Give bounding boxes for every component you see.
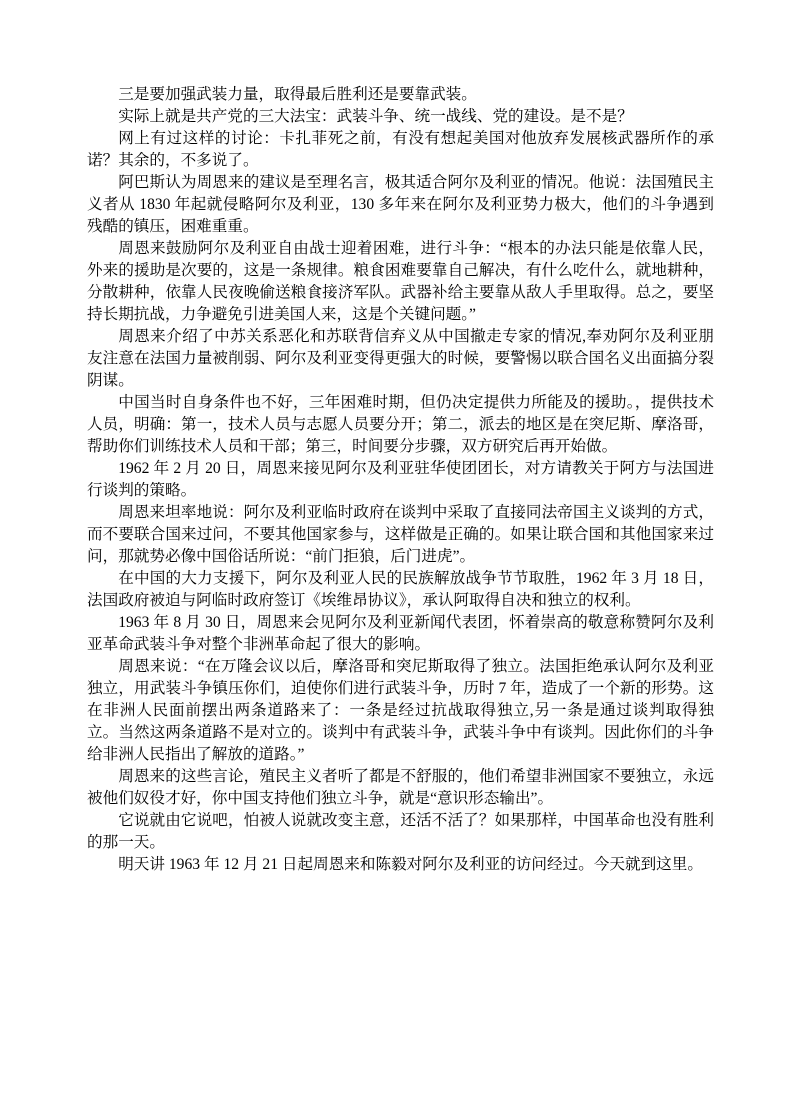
paragraph: 在中国的大力支援下，阿尔及利亚人民的民族解放战争节节取胜，1962 年 3 月 … [87,568,714,612]
paragraph: 周恩来坦率地说：阿尔及利亚临时政府在谈判中采取了直接同法帝国主义谈判的方式，而不… [87,502,714,568]
paragraph: 明天讲 1963 年 12 月 21 日起周恩来和陈毅对阿尔及利亚的访问经过。今… [87,854,714,876]
paragraph: 实际上就是共产党的三大法宝：武装斗争、统一战线、党的建设。是不是？ [87,106,714,128]
document-page: 三是要加强武装力量，取得最后胜利还是要靠武装。实际上就是共产党的三大法宝：武装斗… [0,0,800,1100]
paragraph: 1962 年 2 月 20 日，周恩来接见阿尔及利亚驻华使团团长，对方请教关于阿… [87,458,714,502]
paragraph: 中国当时自身条件也不好，三年困难时期，但仍决定提供力所能及的援助。，提供技术人员… [87,392,714,458]
paragraph: 三是要加强武装力量，取得最后胜利还是要靠武装。 [87,84,714,106]
paragraph: 周恩来鼓励阿尔及利亚自由战士迎着困难，进行斗争：“根本的办法只能是依靠人民，外来… [87,238,714,326]
paragraph: 网上有过这样的讨论：卡扎菲死之前，有没有想起美国对他放弃发展核武器所作的承诺？其… [87,128,714,172]
paragraph: 阿巴斯认为周恩来的建议是至理名言，极其适合阿尔及利亚的情况。他说：法国殖民主义者… [87,172,714,238]
paragraph: 1963 年 8 月 30 日，周恩来会见阿尔及利亚新闻代表团，怀着崇高的敬意称… [87,612,714,656]
paragraph: 周恩来介绍了中苏关系恶化和苏联背信弃义从中国撤走专家的情况,奉劝阿尔及利亚朋友注… [87,326,714,392]
document-body: 三是要加强武装力量，取得最后胜利还是要靠武装。实际上就是共产党的三大法宝：武装斗… [87,84,714,876]
paragraph: 周恩来说：“在万隆会议以后，摩洛哥和突尼斯取得了独立。法国拒绝承认阿尔及利亚独立… [87,656,714,766]
paragraph: 它说就由它说吧，怕被人说就改变主意，还活不活了？如果那样，中国革命也没有胜利的那… [87,810,714,854]
paragraph: 周恩来的这些言论，殖民主义者听了都是不舒服的，他们希望非洲国家不要独立，永远被他… [87,766,714,810]
